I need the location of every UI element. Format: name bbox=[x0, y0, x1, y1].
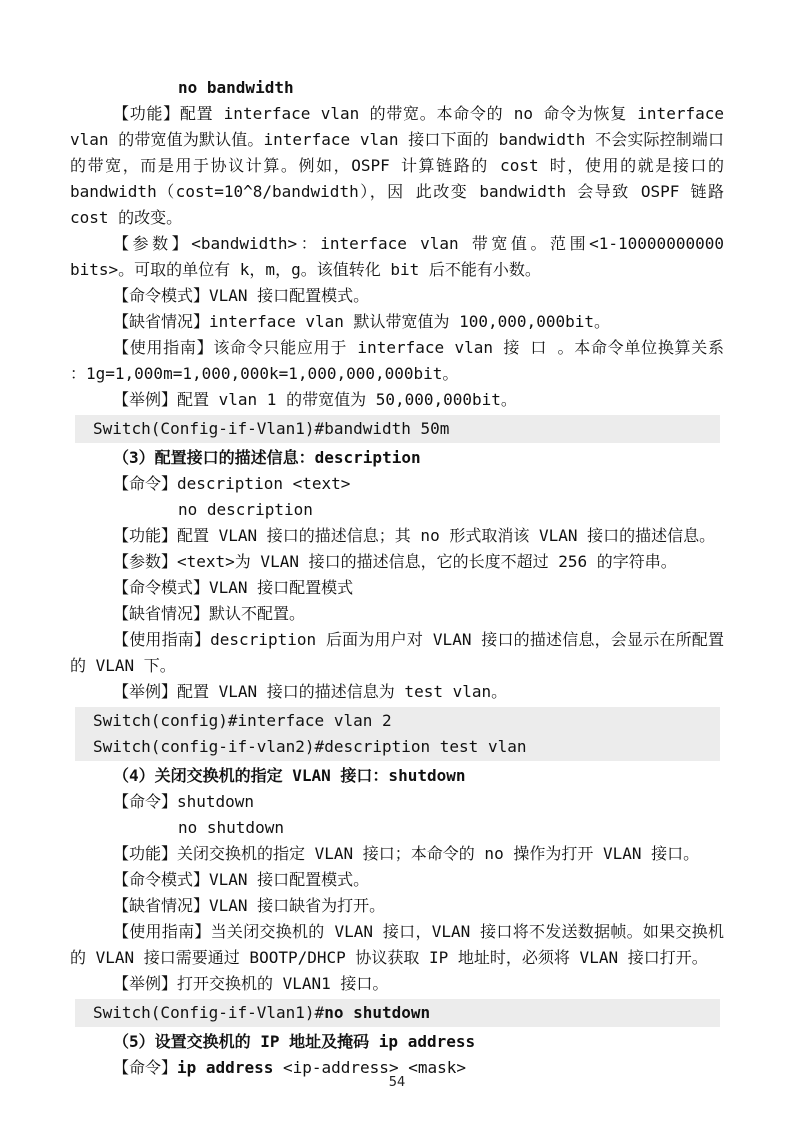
para-command-mode-shutdown: 【命令模式】VLAN 接口配置模式。 bbox=[70, 867, 724, 893]
para-usage-guide-shutdown: 【使用指南】当关闭交换机的 VLAN 接口，VLAN 接口将不发送数据帧。如果交… bbox=[70, 919, 724, 971]
para-example-description: 【举例】配置 VLAN 接口的描述信息为 test vlan。 bbox=[70, 679, 724, 705]
code-line: Switch(config)#interface vlan 2 bbox=[93, 708, 714, 734]
command-subline-no-description: no description bbox=[70, 497, 724, 523]
code-line: Switch(config-if-vlan2)#description test… bbox=[93, 734, 714, 760]
page-number: 54 bbox=[0, 1075, 794, 1090]
para-usage-guide-bandwidth: 【使用指南】该命令只能应用于 interface vlan 接 口 。本命令单位… bbox=[70, 335, 724, 387]
para-example-bandwidth: 【举例】配置 vlan 1 的带宽值为 50,000,000bit。 bbox=[70, 387, 724, 413]
para-default-bandwidth: 【缺省情况】interface vlan 默认带宽值为 100,000,000b… bbox=[70, 309, 724, 335]
section-heading-description: （3）配置接口的描述信息：description bbox=[70, 445, 724, 471]
para-function-shutdown: 【功能】关闭交换机的指定 VLAN 接口；本命令的 no 操作为打开 VLAN … bbox=[70, 841, 724, 867]
code-line: Switch(Config-if-Vlan1)#no shutdown bbox=[93, 1000, 714, 1026]
code-line: Switch(Config-if-Vlan1)#bandwidth 50m bbox=[93, 416, 714, 442]
no-bandwidth-command-text: no bandwidth bbox=[178, 78, 294, 97]
code-block-shutdown: Switch(Config-if-Vlan1)#no shutdown bbox=[75, 999, 720, 1027]
command-subline-no-bandwidth: no bandwidth bbox=[70, 75, 724, 101]
para-command-shutdown: 【命令】shutdown bbox=[70, 789, 724, 815]
para-parameter-description: 【参数】<text>为 VLAN 接口的描述信息，它的长度不超过 256 的字符… bbox=[70, 549, 724, 575]
para-parameter-bandwidth: 【参数】<bandwidth>：interface vlan 带宽值。范围<1-… bbox=[70, 231, 724, 283]
para-function-description: 【功能】配置 VLAN 接口的描述信息；其 no 形式取消该 VLAN 接口的描… bbox=[70, 523, 724, 549]
para-command-mode-description: 【命令模式】VLAN 接口配置模式 bbox=[70, 575, 724, 601]
para-default-shutdown: 【缺省情况】VLAN 接口缺省为打开。 bbox=[70, 893, 724, 919]
section-heading-shutdown: （4）关闭交换机的指定 VLAN 接口：shutdown bbox=[70, 763, 724, 789]
code-block-description: Switch(config)#interface vlan 2 Switch(c… bbox=[75, 707, 720, 761]
document-page: no bandwidth 【功能】配置 interface vlan 的带宽。本… bbox=[0, 0, 794, 1123]
code-prompt-text: Switch(Config-if-Vlan1)# bbox=[93, 1003, 324, 1022]
code-block-bandwidth: Switch(Config-if-Vlan1)#bandwidth 50m bbox=[75, 415, 720, 443]
para-default-description: 【缺省情况】默认不配置。 bbox=[70, 601, 724, 627]
command-subline-no-shutdown: no shutdown bbox=[70, 815, 724, 841]
para-example-shutdown: 【举例】打开交换机的 VLAN1 接口。 bbox=[70, 971, 724, 997]
para-usage-guide-description: 【使用指南】description 后面为用户对 VLAN 接口的描述信息，会显… bbox=[70, 627, 724, 679]
section-heading-ip-address: （5）设置交换机的 IP 地址及掩码 ip address bbox=[70, 1029, 724, 1055]
para-command-description: 【命令】description <text> bbox=[70, 471, 724, 497]
para-function-bandwidth: 【功能】配置 interface vlan 的带宽。本命令的 no 命令为恢复 … bbox=[70, 101, 724, 231]
page-content: no bandwidth 【功能】配置 interface vlan 的带宽。本… bbox=[70, 75, 724, 1081]
para-command-mode-bandwidth: 【命令模式】VLAN 接口配置模式。 bbox=[70, 283, 724, 309]
code-bold-command: no shutdown bbox=[324, 1003, 430, 1022]
